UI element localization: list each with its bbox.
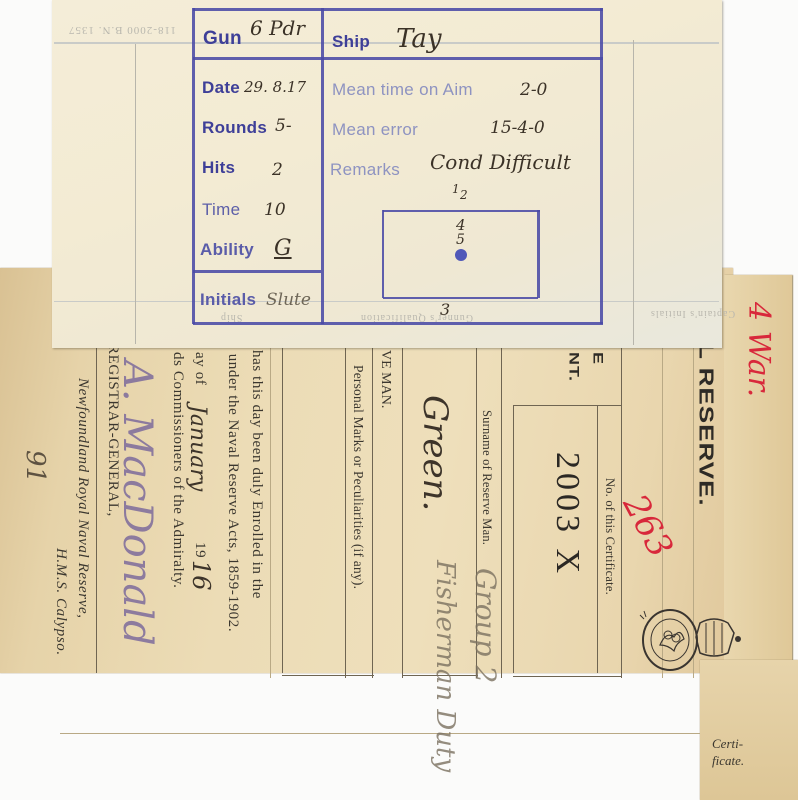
target-mark-5: 5 [456, 232, 465, 248]
initials-value: Slute [266, 290, 311, 310]
surname-label: Surname of Reserve Man. [479, 410, 494, 545]
mean-error-label: Mean error [332, 120, 418, 140]
stamp-border [193, 322, 603, 325]
enrolment-line-2: , under the Naval Reserve Acts, 1859-190… [225, 345, 240, 632]
mean-error-value: 15-4-0 [490, 118, 545, 138]
remarks-value: Cond Difficult [430, 150, 571, 174]
pencil-number: 91 [20, 450, 50, 483]
rounds-label: Rounds [202, 118, 267, 138]
enrolment-line-1: has this day been duly Enrolled in the [249, 350, 264, 599]
slip-rule [54, 301, 719, 302]
registrar-organisation: Newfoundland Royal Naval Reserve, [75, 378, 90, 619]
date-label: Date [202, 78, 240, 98]
certificate-rule [96, 348, 97, 673]
enrolment-month: January [185, 405, 210, 491]
certificate-rule [372, 348, 373, 678]
certificate-rule [513, 405, 514, 673]
gun-value: 6 Pdr [250, 16, 305, 40]
corner-label: Certi- ficate. [712, 735, 772, 769]
slip-rule [135, 44, 136, 344]
hits-value: 2 [272, 160, 283, 180]
red-annotation-note: 4 War. [741, 302, 776, 397]
certificate-rule [513, 405, 621, 406]
certificate-tab [700, 660, 798, 800]
certificate-subtitle-1: E [590, 352, 606, 365]
personal-marks-label: Personal Marks or Peculiarities (if any)… [350, 365, 366, 589]
certificate-rule [513, 676, 621, 677]
ship-value: Tay [396, 24, 442, 54]
target-hit-dot [455, 249, 467, 261]
surname-value: Green. [415, 395, 455, 511]
group-value: Group 2 [469, 568, 502, 683]
certificate-number: 2003 X [548, 452, 586, 577]
certificate-subtitle-2: NT. [566, 352, 582, 382]
target-box [537, 210, 540, 298]
slip-print-code: 118-2000 B.N. 1357 [68, 24, 176, 36]
target-box [383, 210, 540, 212]
ability-value: G [274, 236, 292, 261]
ability-label: Ability [200, 240, 254, 260]
enrolment-year-prefix: 19 [192, 542, 207, 558]
ship-label: Ship [332, 32, 370, 52]
certificate-rule [597, 405, 598, 673]
mean-time-label: Mean time on Aim [332, 80, 473, 100]
time-value: 10 [264, 200, 286, 220]
enrolment-year: 16 [187, 560, 215, 591]
date-value: 29. 8.17 [244, 78, 306, 96]
slip-rule [633, 40, 634, 345]
stamp-border [321, 8, 324, 324]
mean-time-value: 2-0 [520, 80, 547, 100]
certificate-rule [270, 348, 271, 678]
certificate-rule [345, 348, 346, 678]
certificate-rule [282, 675, 374, 676]
remarks-label: Remarks [330, 160, 400, 180]
stamp-border [600, 8, 603, 324]
target-mark-1: 1 [452, 182, 460, 196]
stamp-border [193, 8, 603, 11]
target-box [382, 210, 384, 298]
stamp-border [192, 8, 195, 324]
gun-label: Gun [203, 28, 242, 50]
certificate-rule [402, 348, 403, 678]
certificate-title: L RESERVE. [694, 343, 718, 507]
target-mark-2: 2 [460, 188, 468, 202]
hits-label: Hits [202, 158, 235, 178]
registrar-title: REGISTRAR-GENERAL, [105, 344, 120, 517]
slip-rule [54, 42, 719, 44]
time-label: Time [202, 200, 240, 220]
enrolment-line-4: ds Commissioners of the Admiralty. [170, 352, 185, 589]
slip-mirrored-footer-1: Captain's Initials [650, 308, 735, 319]
rounds-value: 5- [275, 116, 292, 136]
registrar-ship: H.M.S. Calypso. [53, 548, 68, 656]
trade-value: Fisherman Duty [430, 560, 460, 772]
target-mark-3: 3 [440, 300, 450, 319]
certificate-rule [60, 733, 700, 734]
stamp-border [193, 270, 321, 273]
reserve-man-heading: VE MAN. [377, 350, 393, 408]
certificate-rule [282, 348, 283, 673]
certificate-number-label: No. of this Certificate. [602, 478, 617, 595]
target-box [383, 297, 538, 299]
board-of-trade-seal-icon [638, 605, 748, 675]
stamp-border [193, 57, 603, 60]
initials-label: Initials [200, 290, 256, 310]
enrolment-line-3: ay of [192, 352, 207, 385]
